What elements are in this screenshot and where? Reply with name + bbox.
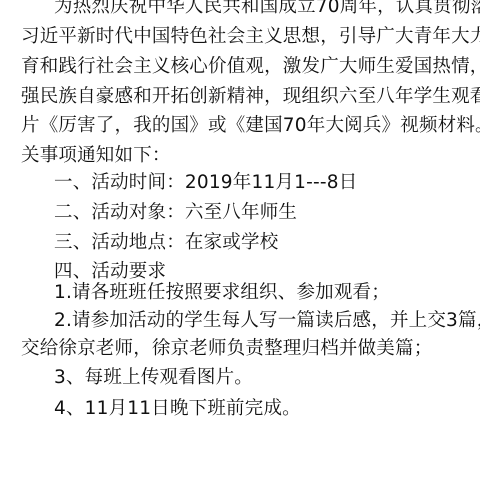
- intro-line-6: 关事项通知如下：: [21, 145, 171, 167]
- intro-line-4: 强民族自豪感和开拓创新精神，现组织六至八年学生观看影: [21, 86, 480, 108]
- section-location: 三、活动地点：在家或学校: [54, 232, 278, 254]
- requirement-4: 4、11月11日晚下班前完成。: [54, 398, 301, 420]
- section-audience: 二、活动对象：六至八年师生: [54, 202, 297, 224]
- section-requirements-heading: 四、活动要求: [54, 261, 166, 283]
- section-time: 一、活动时间：2019年11月1---8日: [54, 172, 357, 194]
- requirement-3: 3、每班上传观看图片。: [54, 367, 253, 389]
- intro-line-1: 为热烈庆祝中华人民共和国成立70周年，认真贯彻落实: [54, 0, 480, 18]
- intro-line-2: 习近平新时代中国特色社会主义思想，引导广大青年大力培: [21, 26, 480, 48]
- requirement-1: 1.请各班班任按照要求组织、参加观看；: [54, 282, 390, 304]
- requirement-2-continued: 交给徐京老师，徐京老师负责整理归档并做美篇；: [21, 338, 432, 360]
- intro-line-5: 片《厉害了，我的国》或《建国70年大阅兵》视频材料。有: [21, 115, 480, 137]
- requirement-2: 2.请参加活动的学生每人写一篇读后感，并上交3篇，: [54, 310, 480, 332]
- intro-line-3: 育和践行社会主义核心价值观，激发广大师生爱国热情，增: [21, 56, 480, 78]
